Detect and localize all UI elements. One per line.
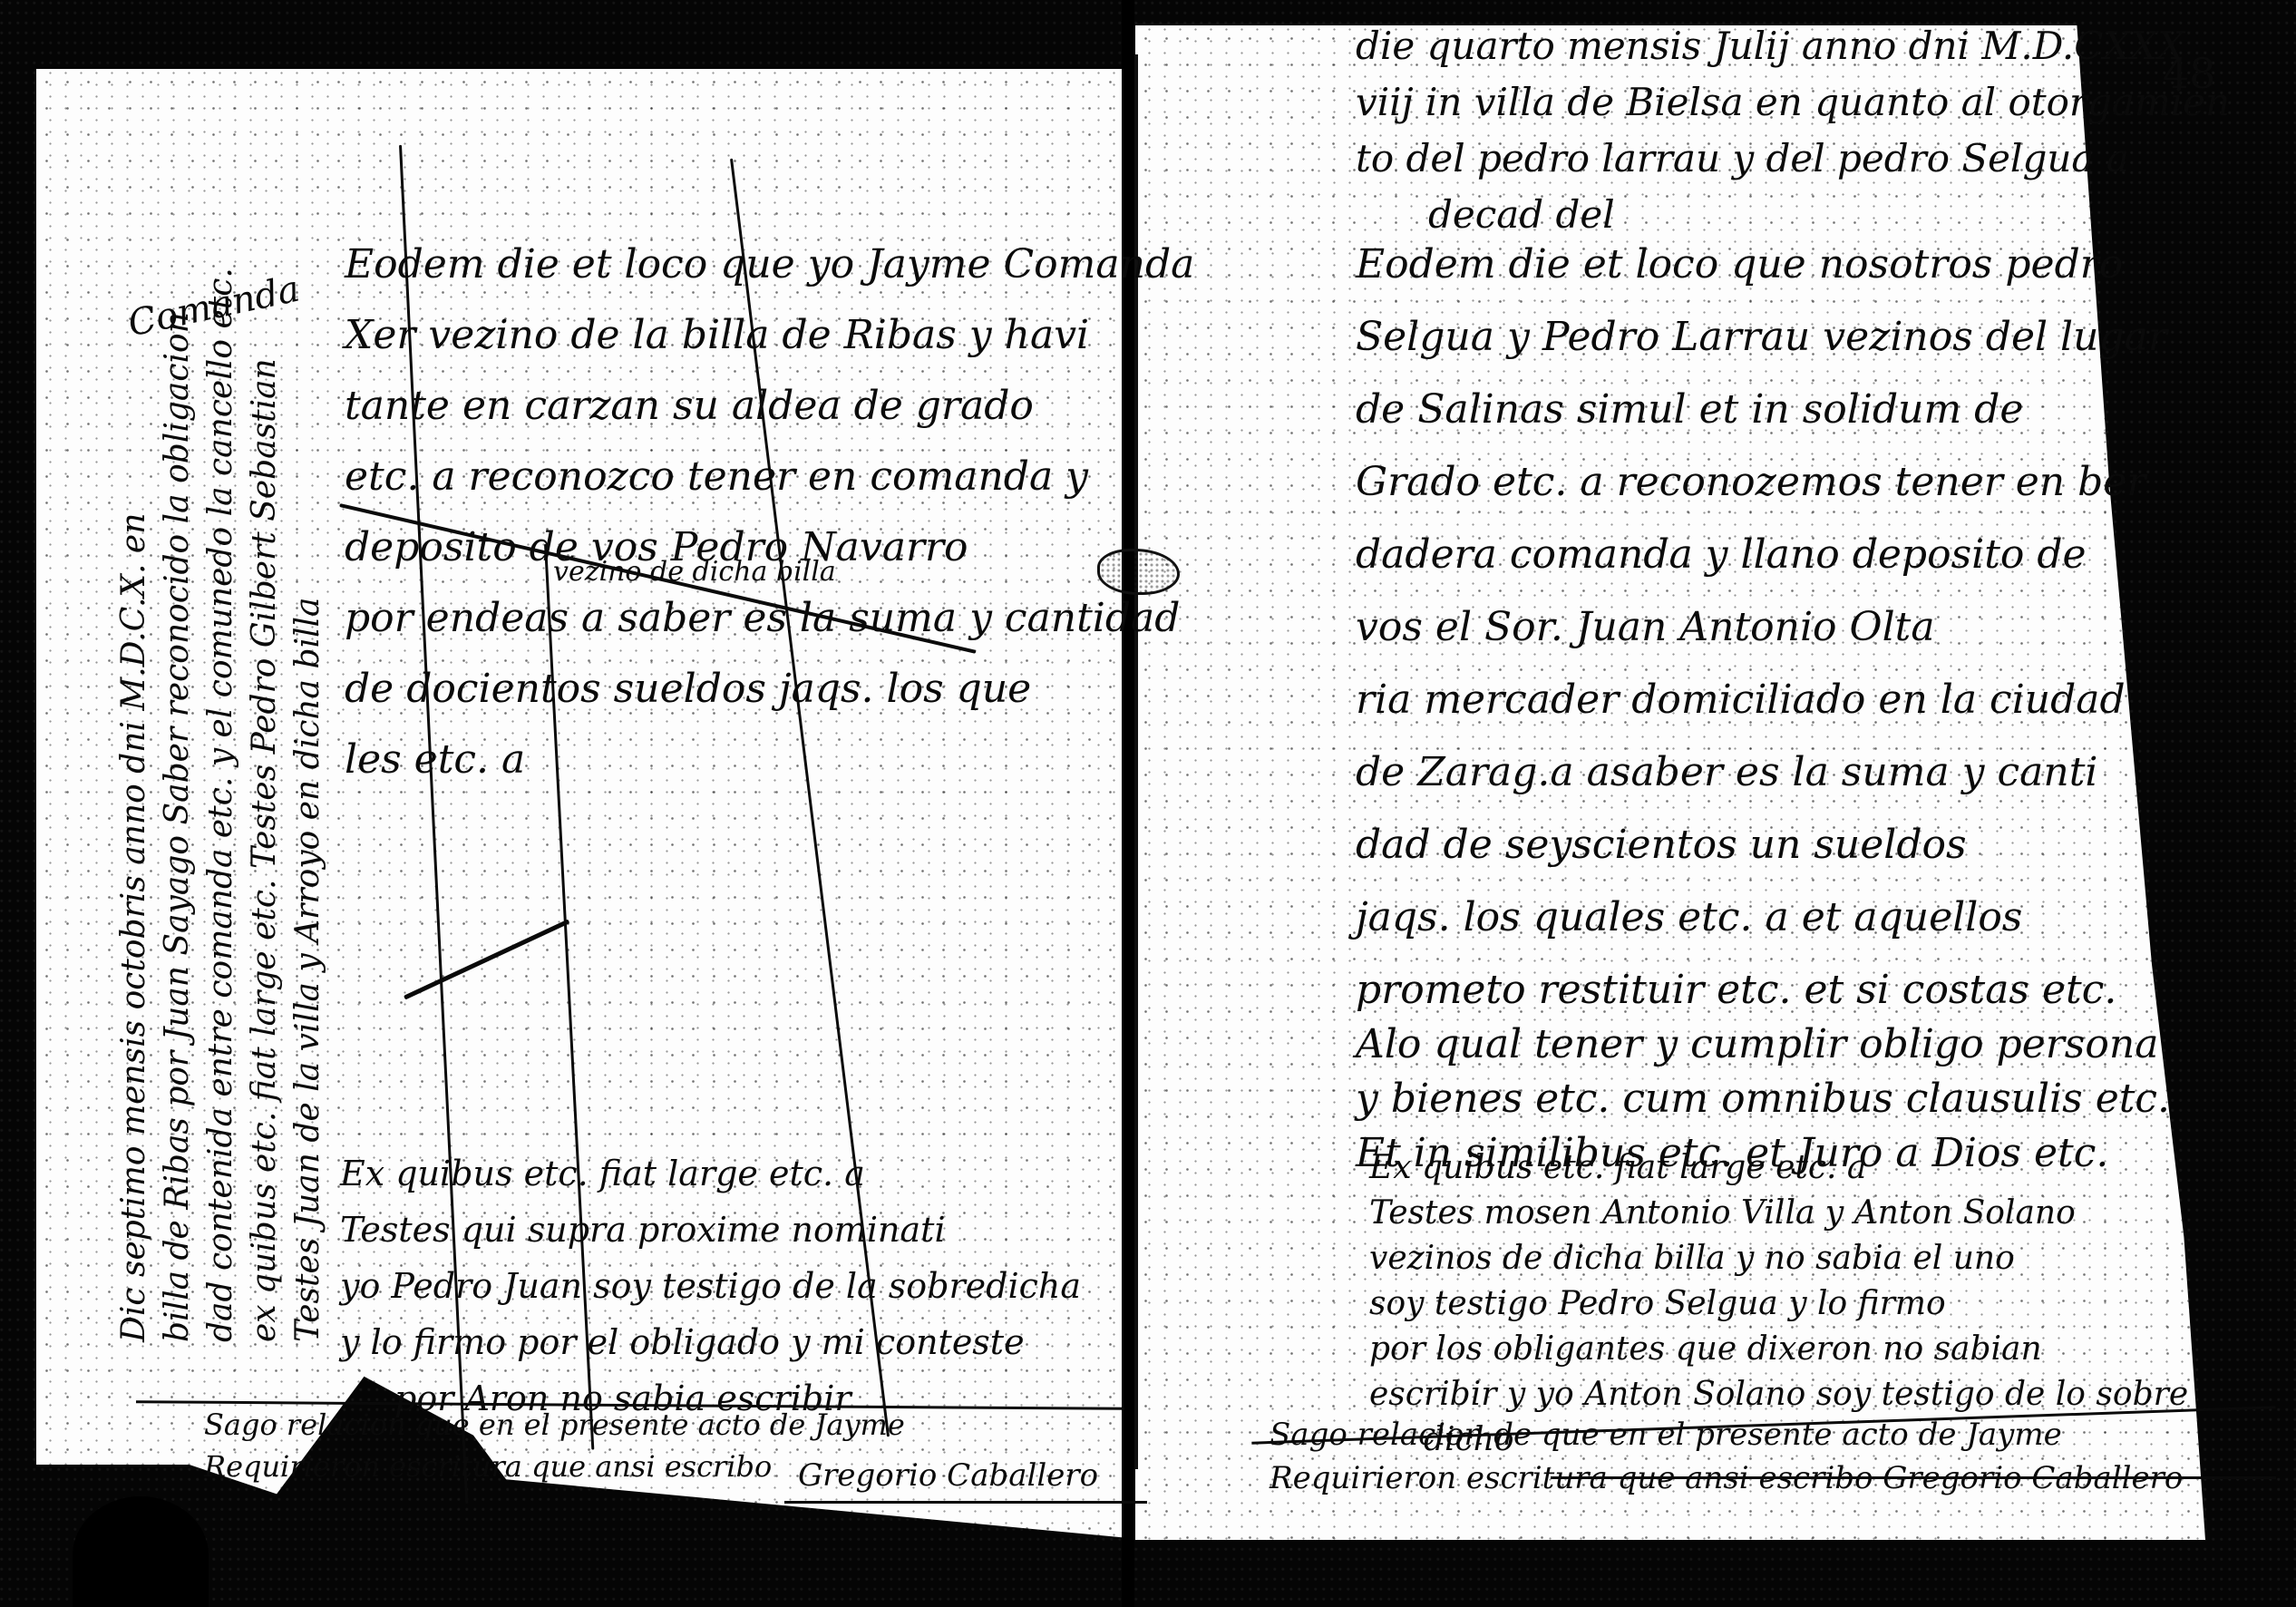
entry-line: Xer vezino de la billa de Ribas y havi <box>345 316 1194 386</box>
left-margin-note: Dic septimo mensis octobris anno dni M.D… <box>118 268 336 1342</box>
entry-line: dad de seyscientos un sueldos <box>1356 825 2170 898</box>
closing-line: yo Pedro Juan soy testigo de la sobredic… <box>340 1269 1081 1325</box>
right-page-entry: Eodem die et loco que nosotros pedro Sel… <box>1356 245 2170 1188</box>
margin-note-line: Testes Juan de la villa y Arroyo en dich… <box>292 268 336 1342</box>
header-line: to del pedro larrau y del pedro Selgua a <box>1356 140 2230 196</box>
entry-line: Alo qual tener y cumplir obligo persona <box>1356 1025 2170 1079</box>
entry-line: Selgua y Pedro Larrau vezinos del lugar <box>1356 317 2170 390</box>
margin-note-line: dad contenida entre comanda etc. y el co… <box>205 268 248 1342</box>
closing-line: por los obligantes que dixeron no sabian <box>1369 1333 2188 1378</box>
entry-line: dadera comanda y llano deposito de <box>1356 535 2170 608</box>
margin-note-line: billa de Ribas por Juan Sayago Saber rec… <box>161 268 205 1342</box>
closing-line: vezinos de dicha billa y no sabia el uno <box>1369 1242 2188 1288</box>
margin-note-line: ex quibus etc. fiat large etc. Testes Pe… <box>248 268 292 1342</box>
footer-line: Requirieron escritura que ansi escribo G… <box>1270 1463 2183 1506</box>
left-signature: Gregorio Caballero <box>798 1460 1098 1491</box>
entry-line: de docientos sueldos jaqs. los que <box>345 669 1194 740</box>
right-footer-note: Sago relacion de que en el presente acto… <box>1270 1419 2183 1506</box>
entry-line: les etc. a <box>345 740 1194 811</box>
scan-shadow <box>73 1496 209 1607</box>
closing-line: soy testigo Pedro Selgua y lo firmo <box>1369 1288 2188 1333</box>
margin-note-line: Dic septimo mensis octobris anno dni M.D… <box>118 268 161 1342</box>
header-line: viij in villa de Bielsa en quanto al oto… <box>1356 83 2230 140</box>
header-line: die quarto mensis Julij anno dni M.D.CXX… <box>1356 27 2230 83</box>
entry-line: jaqs. los quales etc. a et aquellos <box>1356 898 2170 970</box>
right-page-header: die quarto mensis Julij anno dni M.D.CXX… <box>1356 27 2230 252</box>
closing-line: Ex quibus etc. fiat large etc. a <box>1369 1152 2188 1197</box>
entry-line: vos el Sor. Juan Antonio Olta <box>1356 608 2170 680</box>
signature-underline <box>1551 1476 2276 1479</box>
footer-line: Sago relacion que en el presente acto de… <box>204 1410 905 1452</box>
entry-line: Grado etc. a reconozemos tener en ber <box>1356 463 2170 535</box>
closing-line: Testes mosen Antonio Villa y Anton Solan… <box>1369 1197 2188 1242</box>
signature-underline <box>784 1501 1147 1504</box>
entry-line: y bienes etc. cum omnibus clausulis etc. <box>1356 1079 2170 1134</box>
entry-line: deposito de vos Pedro Navarro <box>345 528 1194 559</box>
entry-line: por endeas a saber es la suma y cantidad <box>345 599 1194 669</box>
entry-line: ria mercader domiciliado en la ciudad <box>1356 680 2170 753</box>
entry-line: de Salinas simul et in solidum de <box>1356 390 2170 463</box>
left-page-entry: Eodem die et loco que yo Jayme Comanda X… <box>345 245 1194 811</box>
entry-line: de Zarag.a asaber es la suma y canti <box>1356 753 2170 825</box>
entry-line: Eodem die et loco que nosotros pedro <box>1356 245 2170 317</box>
entry-line: tante en carzan su aldea de grado <box>345 386 1194 457</box>
entry-line: prometo restituir etc. et si costas etc. <box>1356 970 2170 1025</box>
footer-line: Sago relacion de que en el presente acto… <box>1270 1419 2183 1463</box>
entry-line: Eodem die et loco que yo Jayme Comanda <box>345 245 1194 316</box>
closing-line: y lo firmo por el obligado y mi conteste <box>340 1325 1081 1381</box>
